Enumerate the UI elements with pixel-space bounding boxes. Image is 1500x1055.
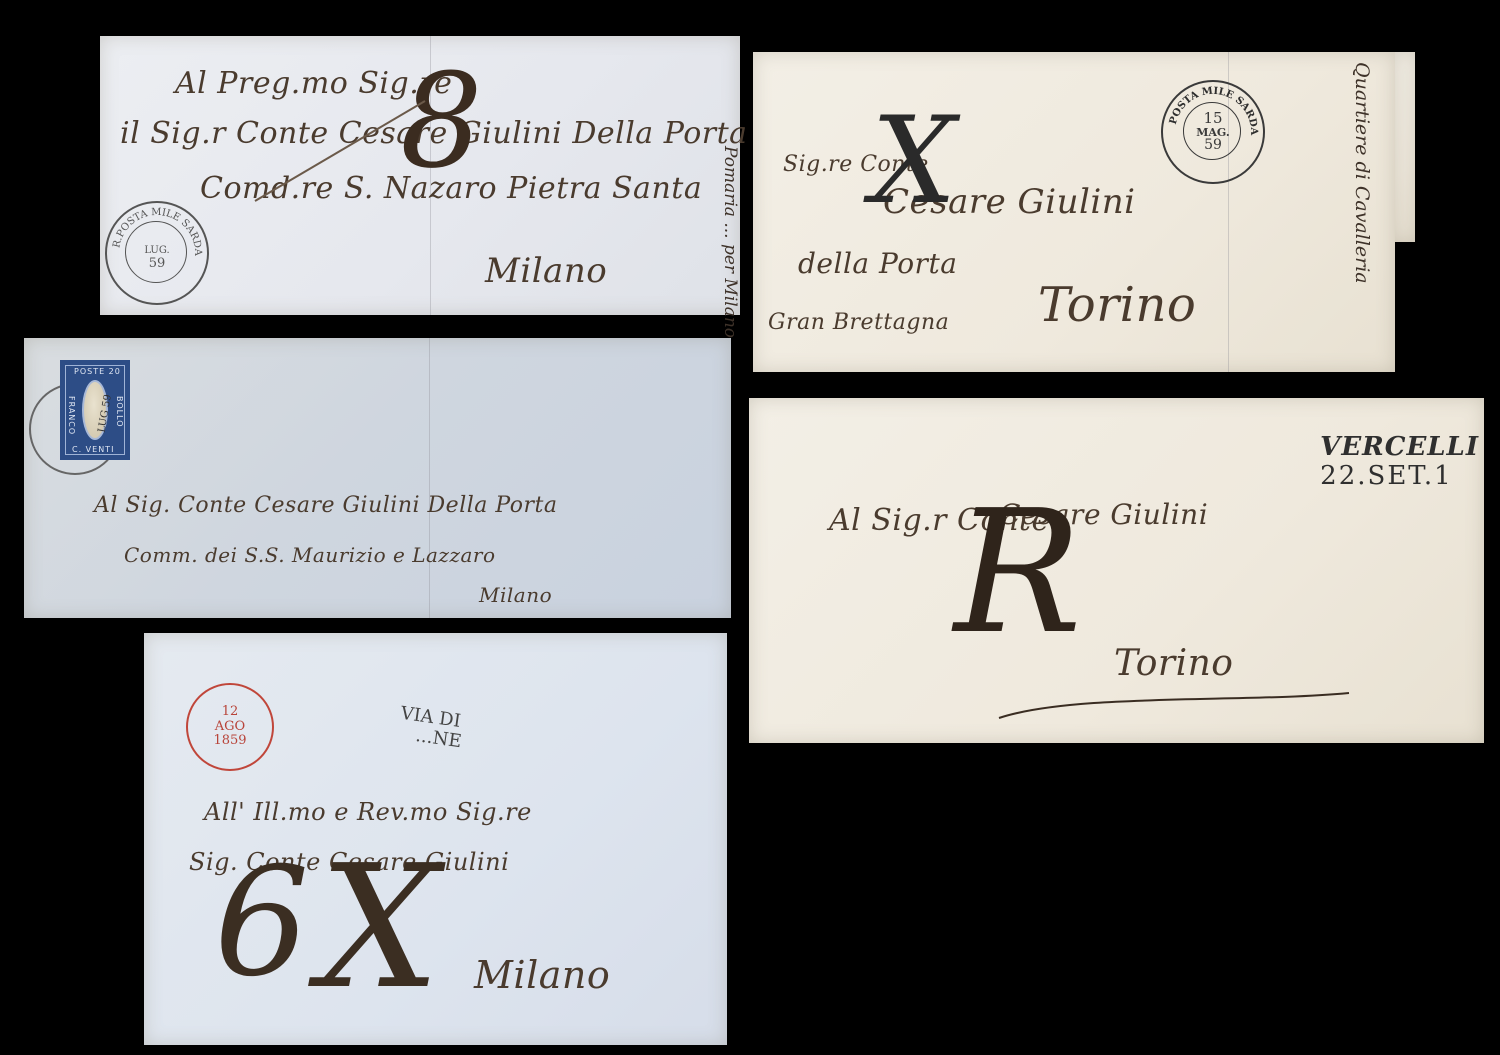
side-note: Quartiere di Cavalleria: [1351, 62, 1373, 284]
postmark-year: 59: [144, 257, 169, 271]
manuscript-cross-mark: X: [871, 102, 957, 222]
postmark-year: 59: [1196, 138, 1230, 153]
postmark-month: AGO: [213, 720, 246, 735]
postmark-town: VERCELLI: [1320, 433, 1479, 462]
stamp-bottom-text: C. VENTI: [72, 445, 114, 454]
postmark-day: 12: [213, 705, 246, 720]
manuscript-cross-mark: X: [319, 843, 441, 1013]
manuscript-rate-6: 6: [214, 848, 310, 998]
postmark-day: 15: [1196, 111, 1230, 127]
cover-top-right: Sig.re Conte Cesare Giulini della Porta …: [753, 52, 1395, 372]
address-line-3: Torino: [1114, 643, 1233, 684]
postmark-12-ago-1859: 12 AGO 1859: [186, 683, 274, 771]
address-line-3: della Porta: [798, 247, 957, 280]
cover-middle-left: Al Sig. Conte Cesare Giulini Della Porta…: [24, 338, 731, 618]
stamp-right-text: BOLLO: [115, 396, 124, 428]
cover-bottom-left: All' Ill.mo e Rev.mo Sig.re Sig. Conte C…: [144, 633, 727, 1045]
address-line-2: Comm. dei S.S. Maurizio e Lazzaro: [124, 543, 496, 567]
address-line-3: Milano: [474, 953, 610, 997]
address-line-1: All' Ill.mo e Rev.mo Sig.re: [204, 798, 532, 826]
cover-middle-right: Al Sig.r Conte Cesare Giulini Torino R V…: [749, 398, 1484, 743]
postage-stamp-20c: POSTE 20 C. VENTI FRANCO BOLLO: [60, 360, 130, 460]
postmark-15-mag-59: POSTA MILE SARDA 15 MAG. 59: [1161, 80, 1265, 184]
address-line-5: Torino: [1038, 277, 1196, 333]
cover-top-left: Al Preg.mo Sig.re il Sig.r Conte Cesare …: [100, 36, 740, 315]
side-note: Pomaria ... per Milano: [720, 146, 740, 338]
underline-flourish: [994, 688, 1354, 728]
address-line-4: Gran Brettagna: [768, 310, 949, 335]
stamp-left-text: FRANCO: [67, 396, 76, 435]
address-line-4: Milano: [485, 251, 607, 291]
cover-top-right-flap: [1395, 52, 1415, 242]
pen-strike: [250, 96, 430, 206]
transit-mark: VIA DI ...NE: [397, 704, 466, 752]
manuscript-rate-mark: R: [954, 488, 1083, 658]
address-line-3: Milano: [479, 583, 552, 607]
postmark-lug-59: R.POSTA MILE SARDA LUG. 59: [105, 201, 209, 305]
postmark-year: 1859: [213, 734, 246, 749]
postmark-vercelli: VERCELLI 22.SET.1: [1320, 433, 1479, 490]
address-line-1: Al Sig. Conte Cesare Giulini Della Porta: [94, 493, 558, 518]
stamp-top-text: POSTE 20: [74, 367, 121, 376]
postmark-date: 22.SET.1: [1320, 462, 1479, 491]
